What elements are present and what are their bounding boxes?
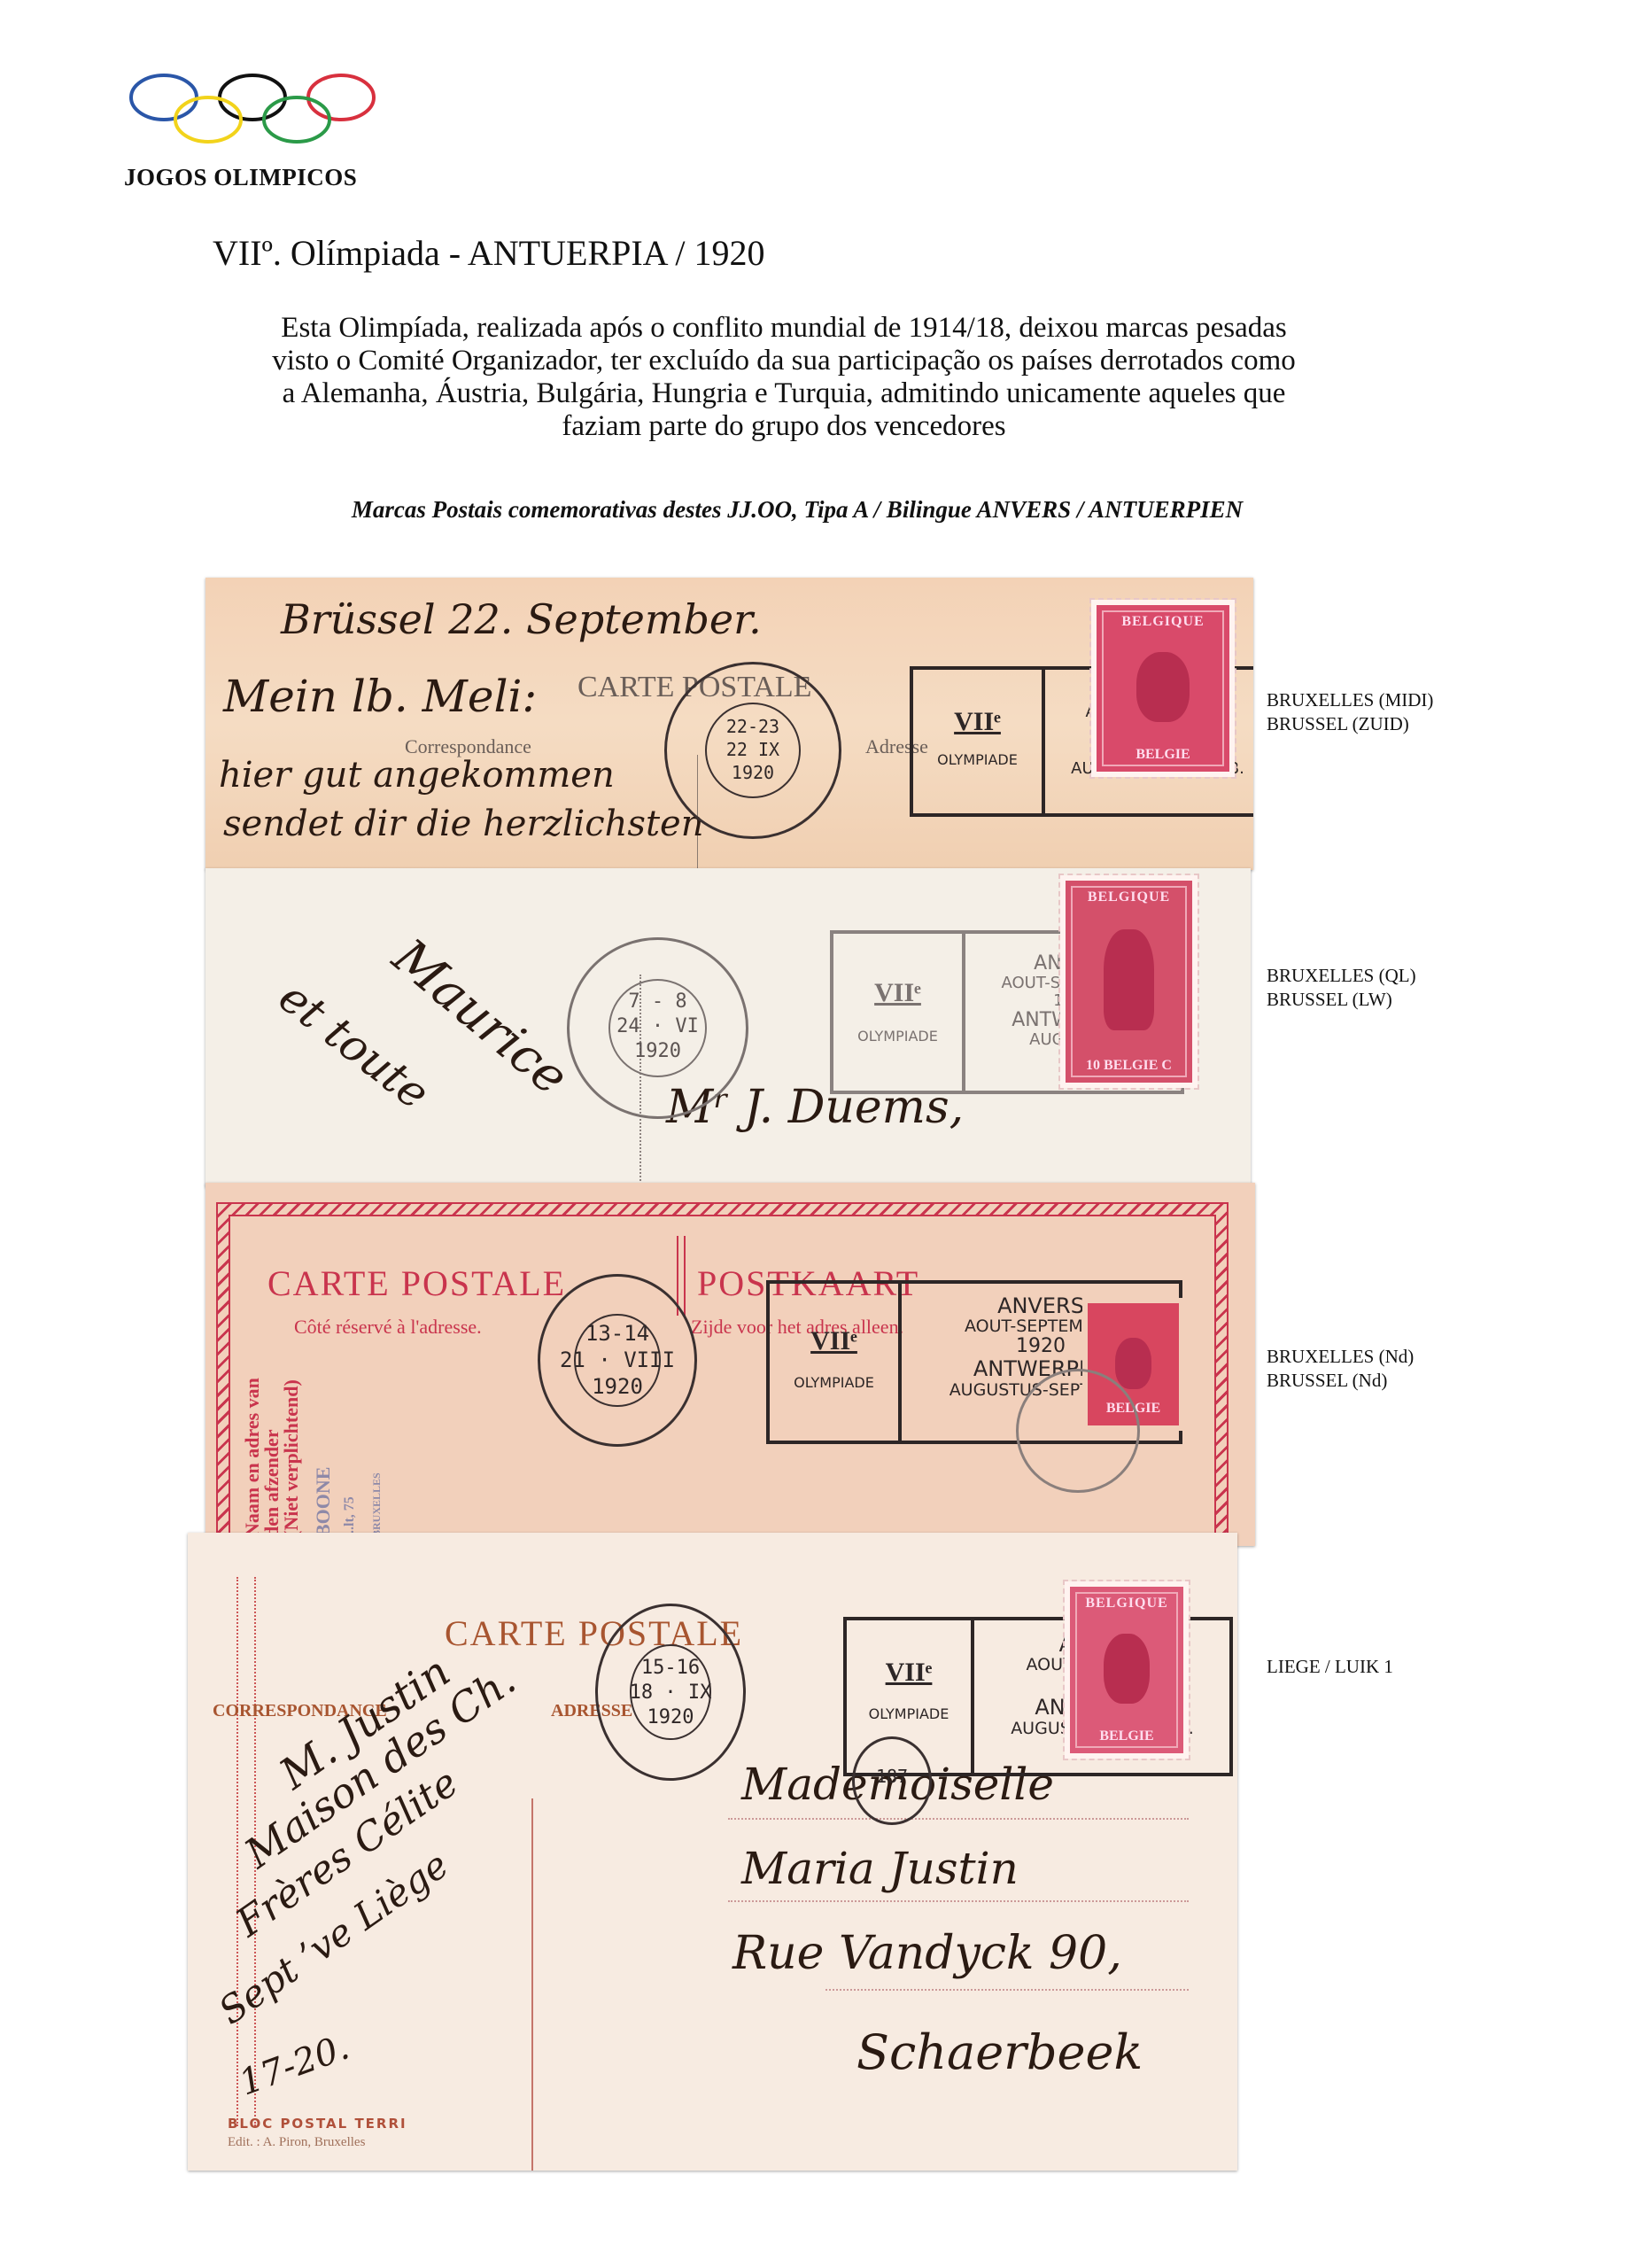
intro-line: Esta Olimpíada, realizada após o conflit… — [177, 312, 1391, 345]
divider-line — [531, 1798, 533, 2171]
publisher-name: BLOC POSTAL TERRI — [228, 2116, 407, 2132]
address-line: Maria Justin — [741, 1843, 1019, 1894]
secondary-postmark — [1016, 1369, 1140, 1493]
king-helmet-portrait-icon — [1104, 929, 1154, 1030]
address-label-fr: Côté réservé à l'adresse. — [294, 1316, 482, 1339]
olympic-rings-icon — [124, 66, 381, 155]
section-subtitle: Marcas Postais comemorativas destes JJ.O… — [266, 496, 1329, 524]
handwriting-line: Brüssel 22. September. — [281, 595, 762, 643]
postmark-circle: 22-23 22 IX 1920 — [664, 662, 841, 839]
handwriting-line: sendet dir die herzlichsten — [223, 804, 703, 844]
postage-stamp: BELGIQUE BELGIE — [1091, 600, 1235, 777]
sender-stamp: BOONE ...lt, 75 BRUXELLES — [310, 1467, 390, 1537]
organization-title: JOGOS OLIMPICOS — [124, 164, 357, 191]
postcard-bruxelles-ql: et toute Maurice Mʳ J. Duems, 7 - 8 24 ·… — [205, 868, 1251, 1187]
postage-stamp: BELGIQUE BELGIE — [1065, 1581, 1189, 1759]
postcard-bruxelles-nd: CARTE POSTALE POSTKAART Côté réservé à l… — [205, 1183, 1255, 1546]
intro-line: a Alemanha, Áustria, Bulgária, Hungria e… — [177, 377, 1391, 410]
king-portrait-icon — [1115, 1338, 1151, 1389]
postage-stamp: BELGIQUE 10 BELGIE C — [1060, 875, 1198, 1088]
postmark-location-label: BRUXELLES (MIDI) BRUSSEL (ZUID) — [1267, 688, 1433, 736]
intro-line: visto o Comité Organizador, ter excluído… — [177, 345, 1391, 377]
postcard-liege-luik: CARTE POSTALE CORRESPONDANCE ADRESSE M. … — [188, 1533, 1237, 2171]
postcard-bruxelles-midi: CARTE POSTALE Correspondance Adresse Brü… — [205, 578, 1253, 870]
postmark-location-label: BRUXELLES (Nd) BRUSSEL (Nd) — [1267, 1345, 1414, 1393]
intro-line: faziam parte do grupo dos vencedores — [177, 410, 1391, 443]
intro-paragraph: Esta Olimpíada, realizada após o conflit… — [177, 312, 1391, 443]
postmark-circle: 13-14 21 · VIII 1920 — [538, 1274, 697, 1447]
sender-note: Naam en adres van den afzender (Niet ver… — [243, 1378, 301, 1537]
postmark-circle: 7 - 8 24 · VI 1920 — [567, 937, 748, 1119]
postmark-circle: 15-16 18 · IX 1920 — [595, 1604, 746, 1781]
publisher-edition: Edit. : A. Piron, Bruxelles — [228, 2135, 365, 2150]
postmark-location-label: LIEGE / LUIK 1 — [1267, 1655, 1393, 1679]
handwriting-line: 17-20. — [234, 2027, 354, 2104]
handwriting-line: hier gut angekommen — [219, 755, 615, 796]
king-portrait-icon — [1136, 652, 1190, 722]
page-title: VIIº. Olímpiada - ANTUERPIA / 1920 — [213, 232, 764, 274]
postmark-location-label: BRUXELLES (QL) BRUSSEL (LW) — [1267, 964, 1416, 1012]
address-line: Schaerbeek — [857, 2024, 1143, 2080]
card-printed-title-fr: CARTE POSTALE — [267, 1262, 566, 1304]
address-line: Rue Vandyck 90, — [732, 1927, 1122, 1980]
king-portrait-icon — [1104, 1634, 1149, 1704]
handwriting-line: Mein lb. Meli: — [223, 671, 537, 722]
secondary-postmark: 187 — [852, 1736, 932, 1825]
